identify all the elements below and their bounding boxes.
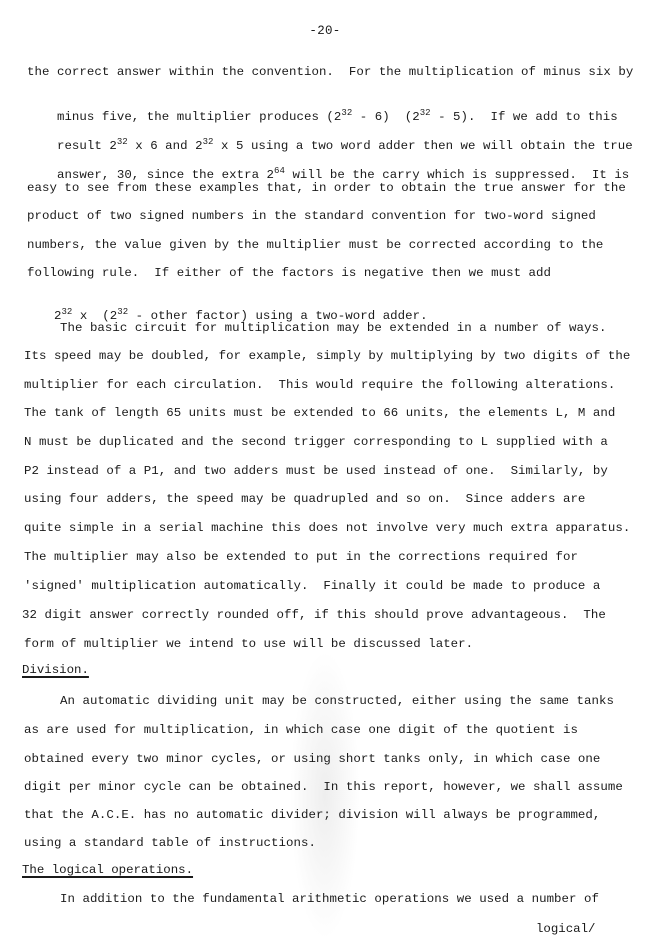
text-line: P2 instead of a P1, and two adders must … xyxy=(24,463,608,479)
text-line: Its speed may be doubled, for example, s… xyxy=(24,348,630,364)
text-line: using a standard table of instructions. xyxy=(24,835,316,851)
page-number: -20- xyxy=(0,24,650,38)
text-line: following rule. If either of the factors… xyxy=(27,265,551,281)
text-line: In addition to the fundamental arithmeti… xyxy=(60,891,599,907)
text-line: N must be duplicated and the second trig… xyxy=(24,434,608,450)
text-line: form of multiplier we intend to use will… xyxy=(24,636,473,652)
text-line: multiplier for each circulation. This wo… xyxy=(24,377,615,393)
document-page: -20- the correct answer within the conve… xyxy=(0,0,650,948)
text-line: the correct answer within the convention… xyxy=(27,64,633,80)
text-line: An automatic dividing unit may be constr… xyxy=(60,693,614,709)
section-heading-logical-operations: The logical operations. xyxy=(22,862,193,878)
text-line: that the A.C.E. has no automatic divider… xyxy=(24,807,600,823)
catchword: logical/ xyxy=(536,921,596,937)
text-line: 'signed' multiplication automatically. F… xyxy=(24,578,600,594)
text-line: as are used for multiplication, in which… xyxy=(24,722,578,738)
text-line: quite simple in a serial machine this do… xyxy=(24,520,630,536)
text-line: product of two signed numbers in the sta… xyxy=(27,208,596,224)
text-line: The basic circuit for multiplication may… xyxy=(60,320,606,336)
section-heading-division: Division. xyxy=(22,662,89,678)
text-line: 32 digit answer correctly rounded off, i… xyxy=(22,607,606,623)
text-line: using four adders, the speed may be quad… xyxy=(24,491,585,507)
text-line: The tank of length 65 units must be exte… xyxy=(24,405,615,421)
text-line: easy to see from these examples that, in… xyxy=(27,180,626,196)
text-line: The multiplier may also be extended to p… xyxy=(24,549,578,565)
text-line: digit per minor cycle can be obtained. I… xyxy=(24,779,623,795)
text-line: numbers, the value given by the multipli… xyxy=(27,237,603,253)
text-line: obtained every two minor cycles, or usin… xyxy=(24,751,600,767)
